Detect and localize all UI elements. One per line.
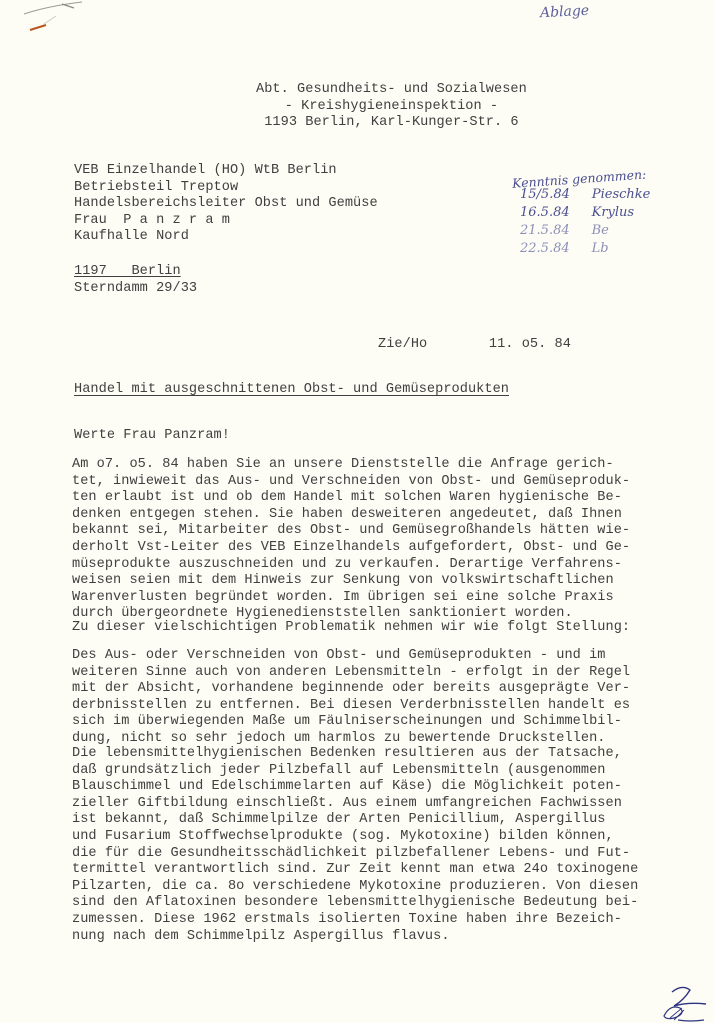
reference-line: Zie/Ho 11. o5. 84 <box>378 334 571 354</box>
paragraph-line: weisen seien mit dem Hinweis zur Senkung… <box>72 573 630 590</box>
paragraph-line: derbnisstellen zu entfernen. Bei diesen … <box>72 698 630 715</box>
sender-address: 1193 Berlin, Karl-Kunger-Str. 6 <box>256 115 527 132</box>
paragraph-line: Am o7. o5. 84 haben Sie an unsere Dienst… <box>72 457 630 474</box>
paragraph-line: daß grundsätzlich jeder Pilzbefall auf L… <box>72 763 638 780</box>
paragraph-line: Des Aus- oder Verschneiden von Obst- und… <box>72 648 630 665</box>
body-paragraph: Zu dieser vielschichtigen Problematik ne… <box>72 620 630 637</box>
paragraph-line: derholt Vst-Leiter des VEB Einzelhandels… <box>72 540 630 557</box>
paragraph-line: zumessen. Diese 1962 erstmals isolierten… <box>72 912 638 929</box>
paragraph-line: Pilzarten, die ca. 8o verschiedene Mykot… <box>72 879 638 896</box>
recipient-line: Kaufhalle Nord <box>74 229 378 246</box>
salutation: Werte Frau Panzram! <box>74 428 230 445</box>
recipient-city: 1197 Berlin <box>74 264 378 281</box>
paragraph-line: die für die Gesundheitsschädlichkeit pil… <box>72 846 638 863</box>
paragraph-line: sich im überwiegenden Maße um Fäulnisers… <box>72 714 630 731</box>
paragraph-line: zieller Giftbildung einschließt. Aus ein… <box>72 796 638 813</box>
paragraph-line: ten erlaubt ist und ob dem Handel mit so… <box>72 490 630 507</box>
recipient-line: VEB Einzelhandel (HO) WtB Berlin <box>74 163 378 180</box>
acknowledgement-date: 22.5.84 <box>520 240 570 258</box>
recipient-street: Sterndamm 29/33 <box>74 281 378 298</box>
paragraph-line: Die lebensmittelhygienischen Bedenken re… <box>72 746 638 763</box>
recipient-address-block: VEB Einzelhandel (HO) WtB Berlin Betrieb… <box>74 163 378 297</box>
recipient-line: Betriebsteil Treptow <box>74 180 378 197</box>
acknowledgement-entry: 16.5.84 Krylus <box>520 204 710 222</box>
handwritten-acknowledgement: Kenntnis genommen: 15/5.84 Pieschke 16.5… <box>520 168 710 258</box>
acknowledgement-entry: 22.5.84 Lb <box>520 240 710 258</box>
paragraph-line: und Fusarium Stoffwechselprodukte (sog. … <box>72 829 638 846</box>
body-paragraph: Die lebensmittelhygienischen Bedenken re… <box>72 746 638 945</box>
acknowledgement-name: Lb <box>592 240 609 258</box>
paragraph-line: nung nach dem Schimmelpilz Aspergillus f… <box>72 929 638 946</box>
paragraph-line: sind den Aflatoxinen besondere lebensmit… <box>72 895 638 912</box>
sender-department: Abt. Gesundheits- und Sozialwesen <box>256 82 527 99</box>
acknowledgement-entry: 21.5.84 Be <box>520 222 710 240</box>
paragraph-line: Warenverlusten begründet worden. Im übri… <box>72 590 630 607</box>
paragraph-line: weiteren Sinne auch von anderen Lebensmi… <box>72 665 630 682</box>
sender-address-block: Abt. Gesundheits- und Sozialwesen - Krei… <box>256 82 527 132</box>
handwritten-filing-note: Ablage <box>540 3 590 22</box>
paragraph-line: termittel verantwortlich sind. Zur Zeit … <box>72 862 638 879</box>
signature-scribble <box>660 978 710 1023</box>
body-paragraph: Des Aus- oder Verschneiden von Obst- und… <box>72 648 630 748</box>
paragraph-line: denken entgegen stehen. Sie haben deswei… <box>72 507 630 524</box>
paragraph-line: müseprodukte auszuschneiden und zu verka… <box>72 557 630 574</box>
corner-fold-mark <box>18 0 88 36</box>
paragraph-line: Blauschimmel und Edelschimmelarten auf K… <box>72 779 638 796</box>
paragraph-line: mit der Absicht, vorhandene beginnende o… <box>72 681 630 698</box>
acknowledgement-date: 16.5.84 <box>520 204 570 222</box>
body-paragraph: Am o7. o5. 84 haben Sie an unsere Dienst… <box>72 457 630 623</box>
paragraph-line: Zu dieser vielschichtigen Problematik ne… <box>72 620 630 637</box>
acknowledgement-name: Pieschke <box>592 186 651 204</box>
paragraph-line: ist bekannt, daß Schimmelpilze der Arten… <box>72 812 638 829</box>
reference-code: Zie/Ho <box>378 337 427 354</box>
acknowledgement-name: Krylus <box>592 204 634 222</box>
paragraph-line: tet, inwieweit das Aus- und Verschneiden… <box>72 474 630 491</box>
paragraph-line: bekannt sei, Mitarbeiter des Obst- und G… <box>72 523 630 540</box>
acknowledgement-date: 21.5.84 <box>520 222 570 240</box>
recipient-line: Handelsbereichsleiter Obst und Gemüse <box>74 196 378 213</box>
recipient-line: Frau P a n z r a m <box>74 213 378 230</box>
letter-date: 11. o5. 84 <box>489 337 571 354</box>
acknowledgement-name: Be <box>592 222 609 240</box>
sender-office: - Kreishygieneinspektion - <box>256 99 527 116</box>
subject-line: Handel mit ausgeschnittenen Obst- und Ge… <box>74 382 509 399</box>
